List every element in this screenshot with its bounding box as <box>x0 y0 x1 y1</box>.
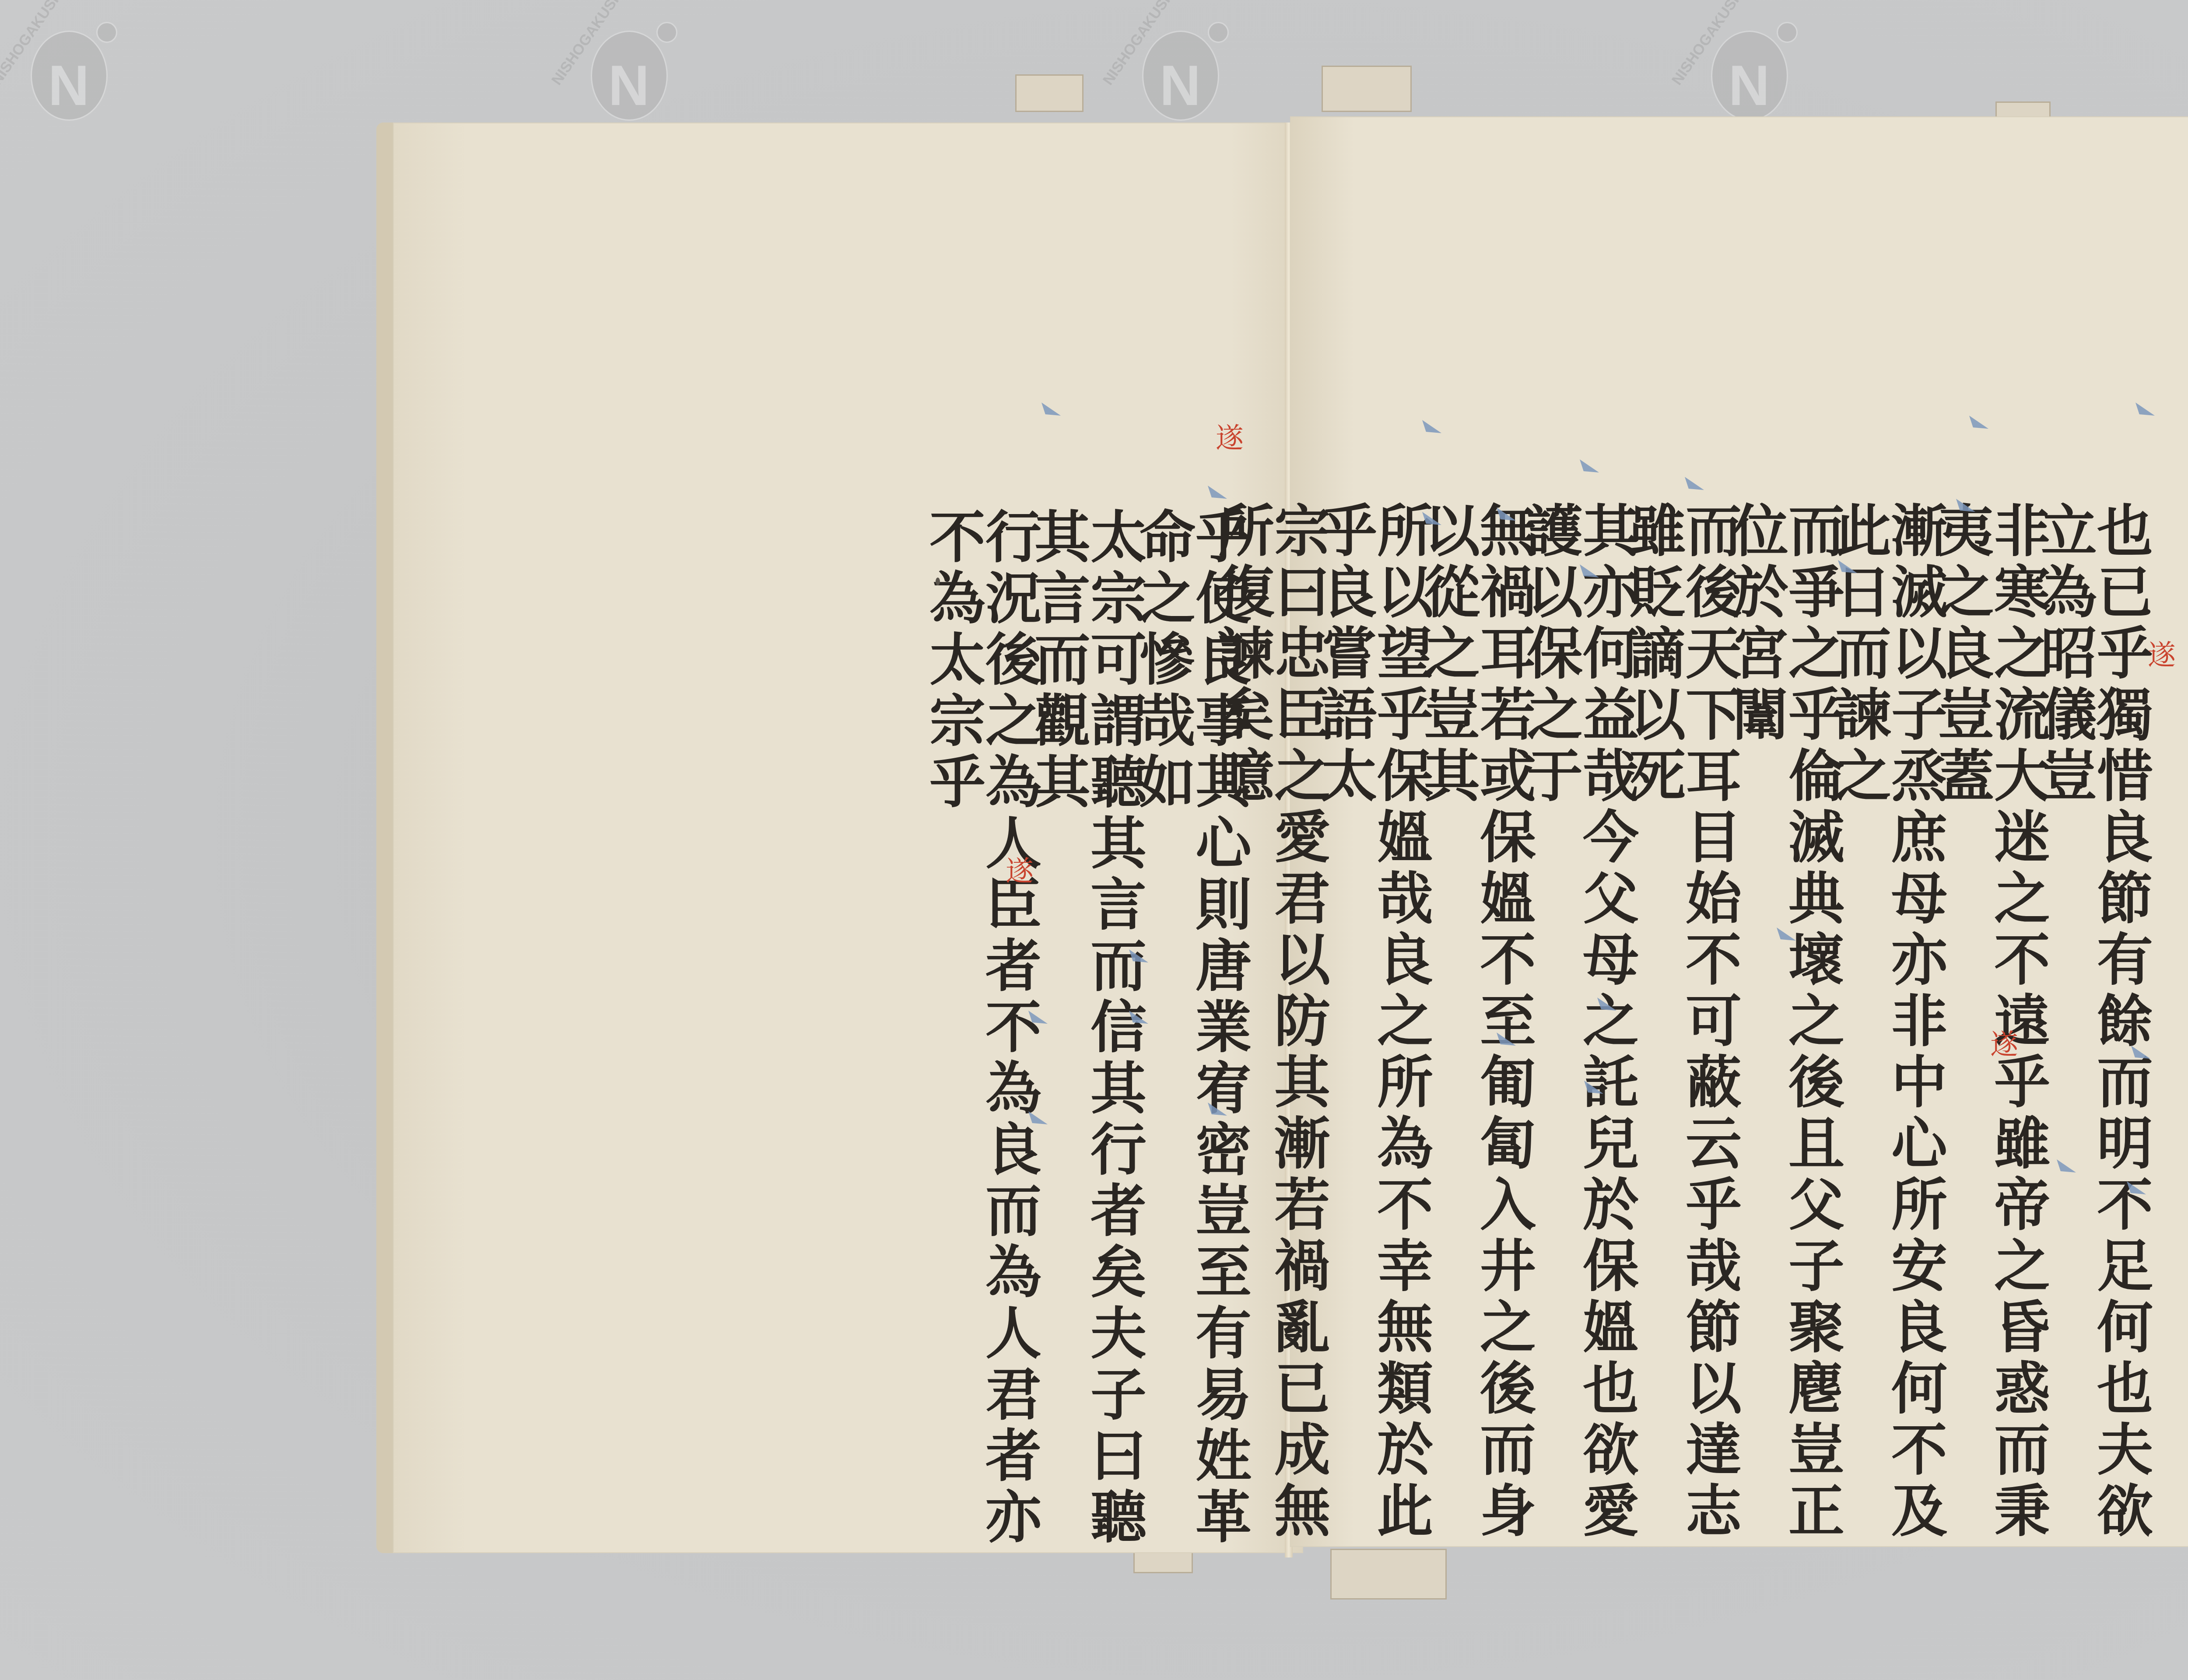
text-column: 也已乎獨惜良節有餘而明不足何也夫欲立為昭儀豈 <box>2036 501 2148 1547</box>
text-column: 宗曰忠臣之愛君以防其漸若禍亂已成無所復諫矣噫 <box>1213 501 1325 1547</box>
text-column: 漸滅以子烝庶母亦非中心所安良何不及此日而諫之 <box>1830 501 1942 1547</box>
red-annotation: 遂 <box>1216 416 1244 456</box>
watermark-logo: NNISHOGAKUSHA <box>18 17 118 118</box>
binding-tab <box>1330 1549 1447 1599</box>
watermark-logo: NNISHOGAKUSHA <box>1129 17 1230 118</box>
open-book: 乎使良事其心則唐業宥密豈至有易姓革命之慘哉如 太宗可謂聽其言而信其行者矣夫子曰聽… <box>376 105 2188 1562</box>
watermark-logo: NNISHOGAKUSHA <box>1698 17 1799 118</box>
red-annotation: 遂 <box>1990 1022 2018 1062</box>
text-column: 所以望乎保媼哉良之所為不幸無類於此乎良嘗語太 <box>1316 501 1428 1547</box>
right-page: 也已乎獨惜良節有餘而明不足何也夫欲立為昭儀豈 非寒之流大迷之不遠乎雖帝之昏惑而秉… <box>1290 116 2188 1547</box>
paper-speck <box>936 577 940 585</box>
text-column: 而後天下耳目始不可蔽云乎哉節以達志雖貶謫以死 <box>1624 501 1736 1547</box>
binding-tab <box>1015 74 1083 112</box>
text-column: 非寒之流大迷之不遠乎雖帝之昏惑而秉夷之良豈蓋 <box>1933 501 2045 1547</box>
text-column: 行況後之為人臣者不為良而為人君者亦不為太宗乎 <box>924 507 1036 1553</box>
red-annotation: 遂 <box>1006 849 1034 889</box>
binding-tab <box>1322 66 1412 112</box>
red-annotation: 遂 <box>2148 633 2176 673</box>
watermark-logo: NNISHOGAKUSHA <box>578 17 678 118</box>
text-column: 而爭之乎倫滅典壞之後且父子聚麀豈正位於宮闈 <box>1727 501 1839 1547</box>
text-column: 其亦何益哉今父母之託兒於保媼也欲愛護以保之于 <box>1522 501 1634 1547</box>
text-column: 太宗可謂聽其言而信其行者矣夫子曰聽其言而觀其 <box>1029 507 1141 1553</box>
left-page: 乎使良事其心則唐業宥密豈至有易姓革命之慘哉如 太宗可謂聽其言而信其行者矣夫子曰聽… <box>376 122 1303 1553</box>
text-column: 無禍耳若或保媼不至匍匐入井之後而身以從之豈其 <box>1419 501 1531 1547</box>
